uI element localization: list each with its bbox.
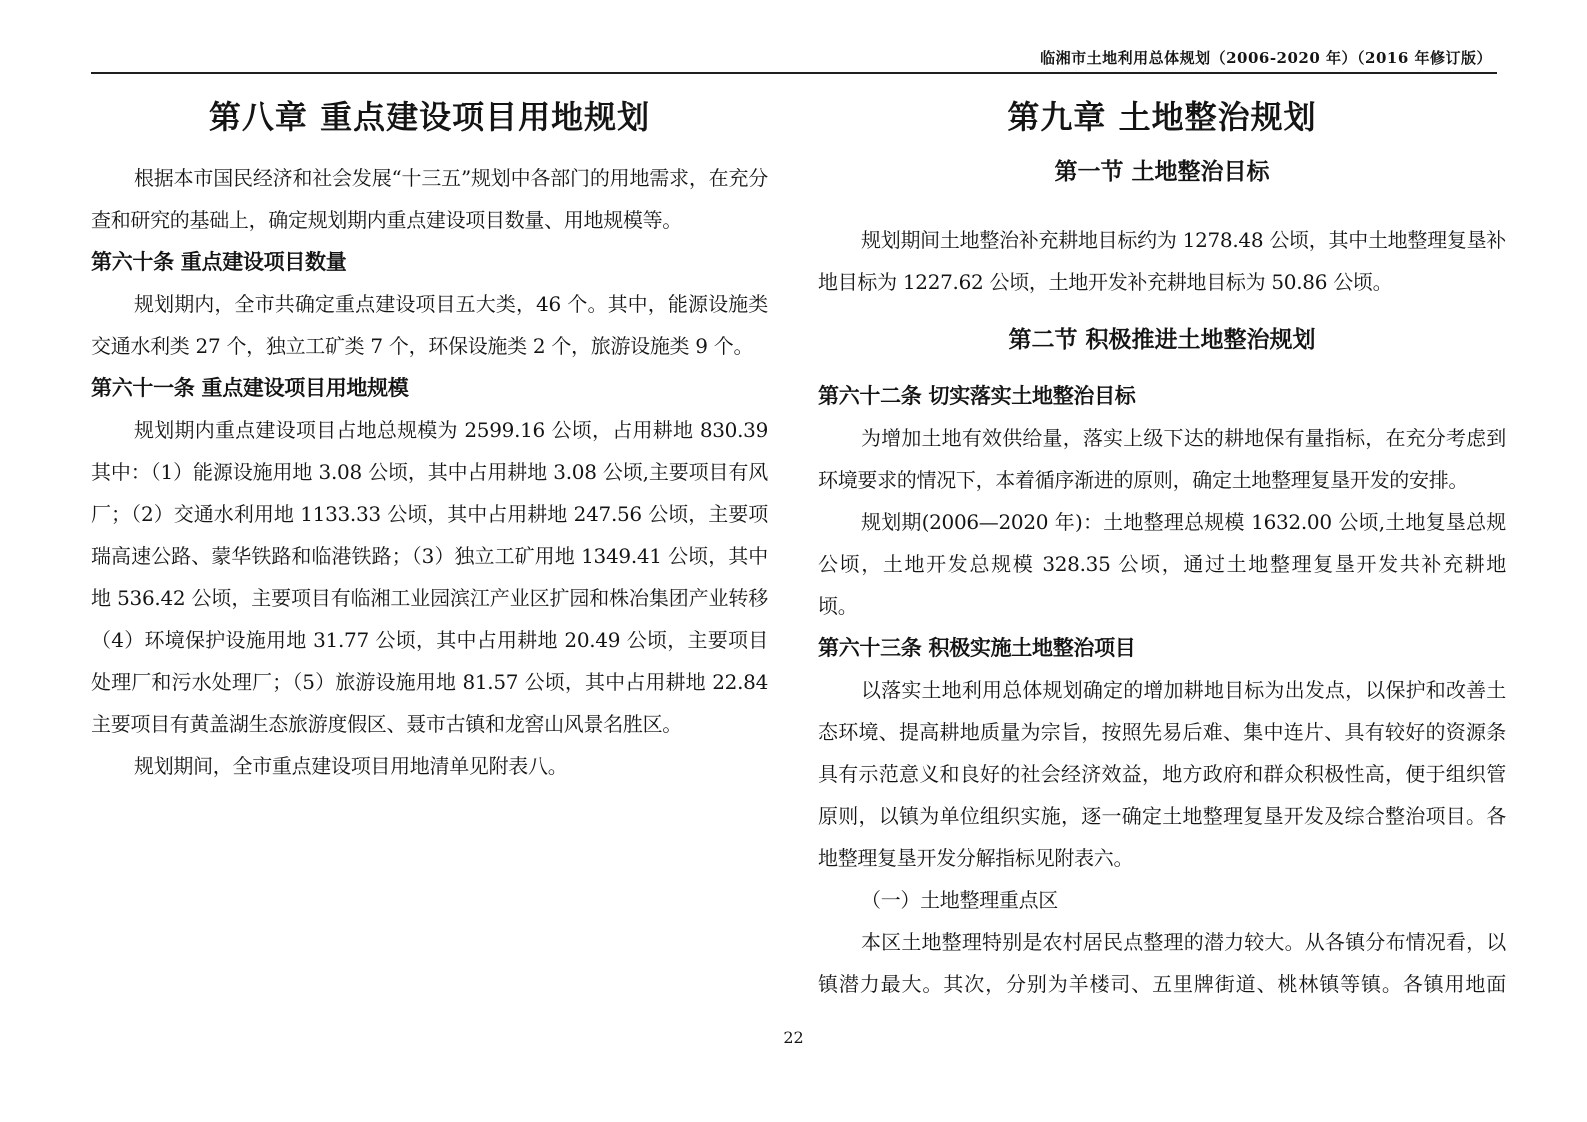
text-line: 原则，以镇为单位组织实施，逐一确定土地整理复垦开发及综合整治项目。各镇土 [818, 795, 1506, 837]
text-line: 瑞高速公路、蒙华铁路和临港铁路；（3）独立工矿用地 1349.41 公顷，其中占… [91, 535, 768, 577]
text-line: 态环境、提高耕地质量为宗旨，按照先易后难、集中连片、具有较好的资源条件， [818, 711, 1506, 753]
article-heading: 第六十二条 切实落实土地整治目标 [818, 375, 1506, 417]
text-line: 查和研究的基础上，确定规划期内重点建设项目数量、用地规模等。 [91, 199, 768, 241]
article-heading: 第六十一条 重点建设项目用地规模 [91, 367, 768, 409]
text-line: 本区土地整理特别是农村居民点整理的潜力较大。从各镇分布情况看，以詹桥 [818, 921, 1506, 963]
text-line: 主要项目有黄盖湖生态旅游度假区、聂市古镇和龙窖山风景名胜区。 [91, 703, 768, 745]
text-line: 规划期内，全市共确定重点建设项目五大类，46 个。其中，能源设施类 1 个， [91, 283, 768, 325]
text-line: 以落实土地利用总体规划确定的增加耕地目标为出发点，以保护和改善土地生 [818, 669, 1506, 711]
text-line: 为增加土地有效供给量，落实上级下达的耕地保有量指标，在充分考虑到生态 [818, 417, 1506, 459]
text-line: 公顷，土地开发总规模 328.35 公顷，通过土地整理复垦开发共补充耕地 127… [818, 543, 1506, 585]
text-line: 地目标为 1227.62 公顷，土地开发补充耕地目标为 50.86 公顷。 [818, 261, 1506, 303]
text-line: （4）环境保护设施用地 31.77 公顷，其中占用耕地 20.49 公顷，主要项… [91, 619, 768, 661]
text-line: 厂；（2）交通水利用地 1133.33 公顷，其中占用耕地 247.56 公顷，… [91, 493, 768, 535]
left-chapter-title: 第八章 重点建设项目用地规划 [91, 94, 768, 140]
page-number: 22 [0, 1028, 1587, 1048]
left-page-column: 第八章 重点建设项目用地规划 根据本市国民经济和社会发展“十三五”规划中各部门的… [91, 0, 768, 1122]
text-line: 交通水利类 27 个，独立工矿类 7 个，环保设施类 2 个，旅游设施类 9 个… [91, 325, 768, 367]
text-line: 规划期内重点建设项目占地总规模为 2599.16 公顷，占用耕地 830.39 … [91, 409, 768, 451]
text-line: （一）土地整理重点区 [818, 879, 1506, 921]
left-page-body: 根据本市国民经济和社会发展“十三五”规划中各部门的用地需求，在充分调查和研究的基… [91, 157, 768, 787]
article-heading: 第六十条 重点建设项目数量 [91, 241, 768, 283]
section-1-body: 规划期间土地整治补充耕地目标约为 1278.48 公顷，其中土地整理复垦补充耕地… [818, 219, 1506, 303]
text-line: 规划期间土地整治补充耕地目标约为 1278.48 公顷，其中土地整理复垦补充耕 [818, 219, 1506, 261]
text-line: 规划期间，全市重点建设项目用地清单见附表八。 [91, 745, 768, 787]
text-line: 规划期(2006—2020 年)：土地整理总规模 1632.00 公顷,土地复垦… [818, 501, 1506, 543]
text-line: 环境要求的情况下，本着循序渐进的原则，确定土地整理复垦开发的安排。 [818, 459, 1506, 501]
article-heading: 第六十三条 积极实施土地整治项目 [818, 627, 1506, 669]
section-2-title: 第二节 积极推进土地整治规划 [818, 319, 1506, 361]
text-line: 根据本市国民经济和社会发展“十三五”规划中各部门的用地需求，在充分调 [91, 157, 768, 199]
text-line: 其中：（1）能源设施用地 3.08 公顷，其中占用耕地 3.08 公顷,主要项目… [91, 451, 768, 493]
text-line: 顷。 [818, 585, 1506, 627]
text-line: 具有示范意义和良好的社会经济效益，地方政府和群众积极性高，便于组织管理的 [818, 753, 1506, 795]
right-page-column: 第九章 土地整治规划 第一节 土地整治目标 规划期间土地整治补充耕地目标约为 1… [818, 0, 1506, 1122]
text-line: 处理厂和污水处理厂；（5）旅游设施用地 81.57 公顷，其中占用耕地 22.8… [91, 661, 768, 703]
section-2-body: 第六十二条 切实落实土地整治目标为增加土地有效供给量，落实上级下达的耕地保有量指… [818, 375, 1506, 1005]
right-chapter-title: 第九章 土地整治规划 [818, 94, 1506, 140]
text-line: 地 536.42 公顷，主要项目有临湘工业园滨江产业区扩园和株冶集团产业转移项目… [91, 577, 768, 619]
text-line: 镇潜力最大。其次，分别为羊楼司、五里牌街道、桃林镇等镇。各镇用地面积、人 [818, 963, 1506, 1005]
document-page: 临湘市土地利用总体规划（2006-2020 年）（2016 年修订版） 第八章 … [0, 0, 1587, 1122]
text-line: 地整理复垦开发分解指标见附表六。 [818, 837, 1506, 879]
section-1-title: 第一节 土地整治目标 [818, 151, 1506, 193]
